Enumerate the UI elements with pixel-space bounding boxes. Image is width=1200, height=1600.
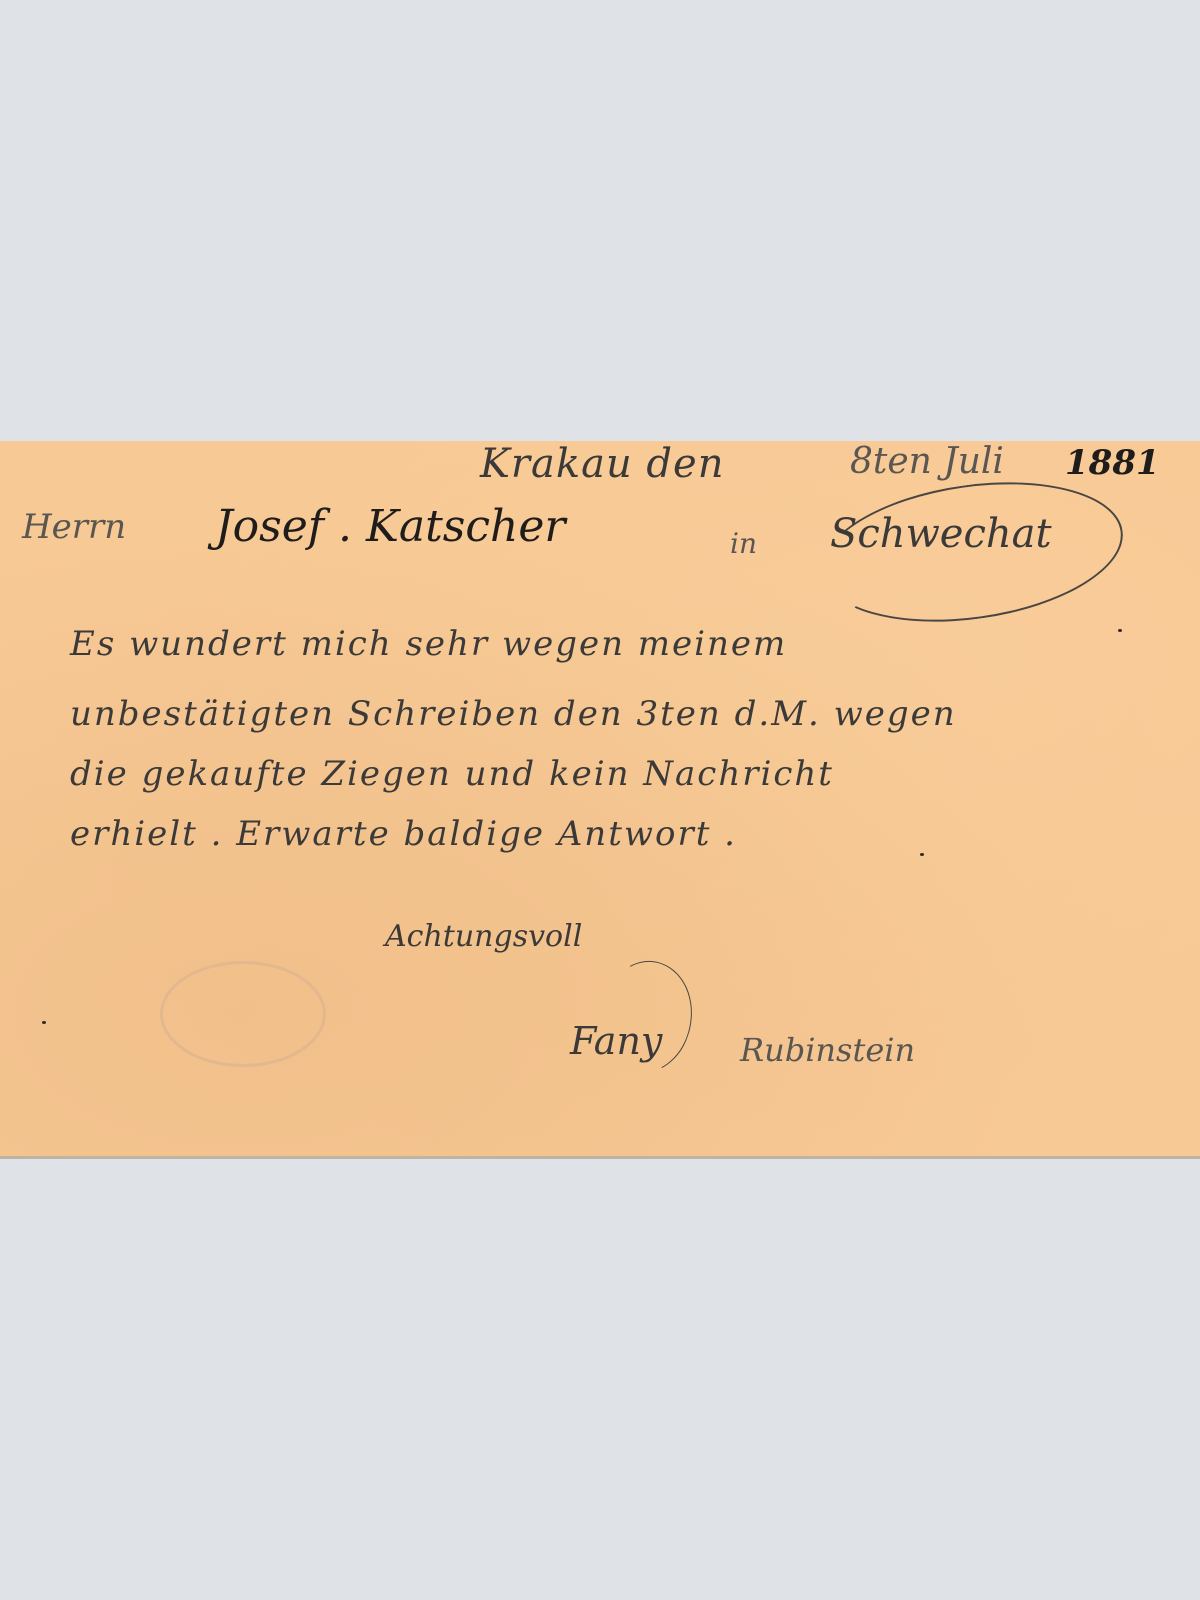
card-edge xyxy=(0,1156,1200,1159)
postcard-image: Krakau den 8ten Juli 1881 Herrn Josef . … xyxy=(0,441,1200,1156)
address-preposition: in xyxy=(730,527,757,560)
ink-speck xyxy=(920,853,924,856)
heading-date: 8ten Juli xyxy=(850,441,1004,482)
body-line: die gekaufte Ziegen und kein Nachricht xyxy=(70,754,834,794)
recipient-name: Josef . Katscher xyxy=(215,501,565,552)
body-line: erhielt . Erwarte baldige Antwort . xyxy=(70,814,737,854)
heading-place: Krakau den xyxy=(480,441,724,487)
body-line: unbestätigten Schreiben den 3ten d.M. we… xyxy=(70,694,957,734)
ink-speck xyxy=(1118,629,1122,632)
body-line: Es wundert mich sehr wegen meinem xyxy=(70,624,787,664)
closing: Achtungsvoll xyxy=(385,919,582,954)
signature-flourish xyxy=(584,949,709,1086)
address-salutation: Herrn xyxy=(22,507,126,547)
heading-year: 1881 xyxy=(1065,443,1160,483)
signature-first-name: Fany xyxy=(570,1019,662,1063)
signature-last-name: Rubinstein xyxy=(740,1031,915,1069)
ink-speck xyxy=(42,1021,46,1024)
faded-postmark xyxy=(160,961,326,1067)
recipient-place: Schwechat xyxy=(830,511,1052,557)
